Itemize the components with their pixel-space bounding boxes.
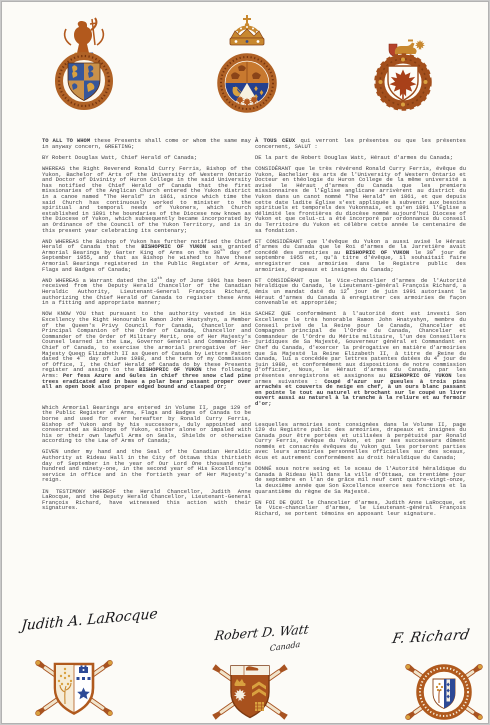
letters-patent-page: TO ALL TO WHOM these Presents shall come…	[2, 2, 488, 723]
paragraph: BY Robert Douglas Watt, Chief Herald of …	[42, 155, 251, 161]
paragraph: TO ALL TO WHOM these Presents shall come…	[42, 138, 251, 149]
paragraph: WHEREAS the Right Reverend Ronald Curry …	[42, 166, 251, 233]
crown-royal-arms-badge	[214, 13, 280, 117]
crown-icon	[230, 15, 264, 45]
paragraph: CONSIDÉRANT que le très révérend Ronald …	[255, 166, 466, 233]
paragraph: GIVEN under my hand and the Seal of the …	[42, 449, 251, 483]
lion-passant-crest-icon	[389, 40, 425, 57]
paragraph: À TOUS CEUX qui verront les présentes ou…	[255, 138, 466, 149]
paragraph: EN FOI DE QUOI le Chancelier d'armes, Ju…	[255, 500, 466, 517]
lion-crest-garter-badge	[51, 15, 117, 115]
signature-larocque: Judith A. LaRocque	[21, 606, 159, 634]
watt-shield-icon	[231, 666, 269, 718]
paragraph: SACHEZ QUE conformément à l'autorité don…	[255, 311, 466, 406]
paragraph: DONNÉ sous notre seing et le sceau de l'…	[255, 466, 466, 494]
signature-richard: F. Richard	[391, 627, 471, 647]
paragraph: IN TESTIMONY WHEREOF the Herald Chancell…	[42, 489, 251, 511]
larocque-shield-icon	[55, 664, 93, 714]
lion-rampant-icon	[65, 18, 104, 55]
larocque-arms-crossed-batons-badge	[24, 646, 124, 723]
paragraph: AND WHEREAS a Warrant dated the 12th day…	[42, 278, 251, 306]
watt-arms-crossed-batons-badge	[200, 652, 300, 723]
paragraph: Lesquelles armoiries sont consignées dan…	[255, 422, 466, 461]
royal-arms-medallion-icon	[221, 57, 273, 109]
paragraph: NOW KNOW YOU that pursuant to the author…	[42, 311, 251, 389]
paragraph: DE la part de Robert Douglas Watt, Hérau…	[255, 155, 466, 161]
paragraph: ET CONSIDÉRANT que le Vice-chancelier d'…	[255, 278, 466, 306]
maple-leaf-wreath-badge	[373, 16, 433, 116]
french-column: À TOUS CEUX qui verront les présentes ou…	[255, 138, 466, 522]
english-column: TO ALL TO WHOM these Presents shall come…	[42, 138, 251, 517]
richard-annulet-shield-icon	[420, 668, 468, 716]
paragraph: ET CONSIDÉRANT que l'évêque du Yukon a a…	[255, 239, 466, 273]
paragraph: AND WHEREAS the Bishop of Yukon has furt…	[42, 239, 251, 273]
richard-arms-crossed-batons-badge	[394, 650, 488, 723]
paragraph: Which Armorial Bearings are entered in V…	[42, 405, 251, 444]
